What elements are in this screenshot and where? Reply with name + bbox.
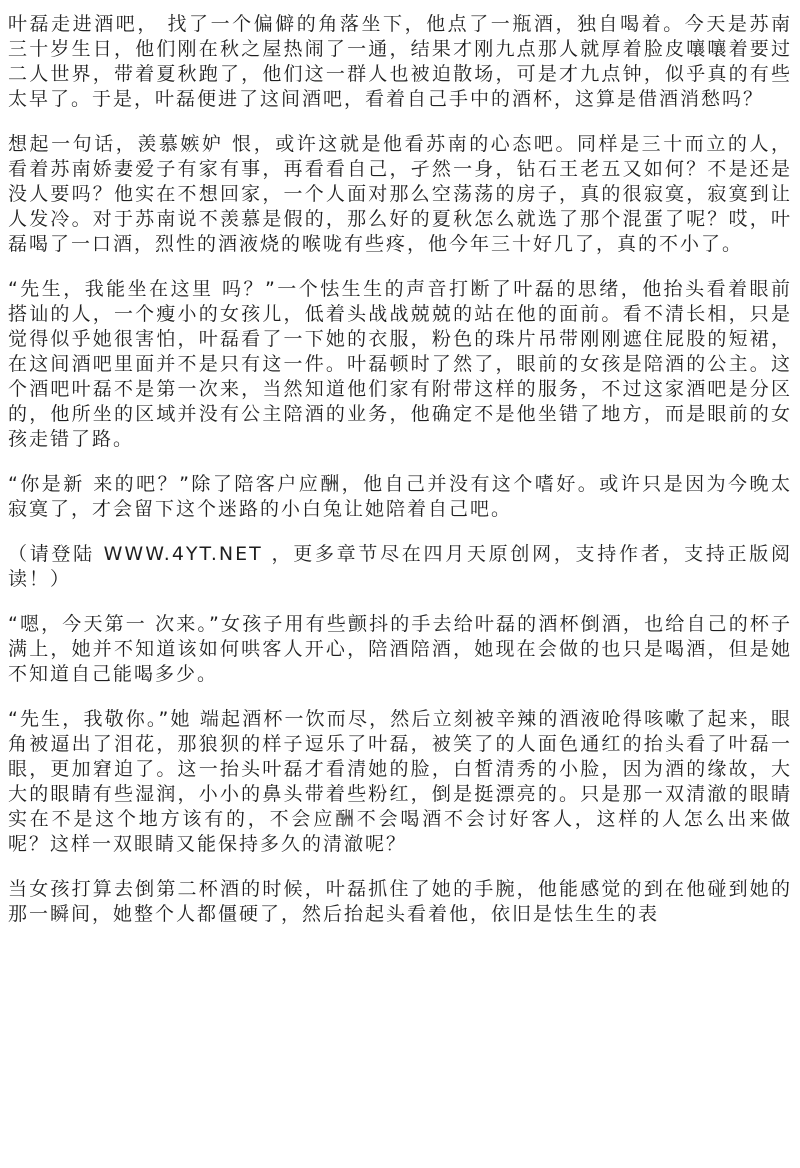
novel-paragraph: （请登陆 WWW.4YT.NET ，更多章节尽在四月天原创网，支持作者，支持正版… [8,542,792,592]
novel-paragraph: 叶磊走进酒吧， 找了一个偏僻的角落坐下，他点了一瓶酒，独自喝着。今天是苏南三十岁… [8,12,792,112]
novel-paragraph: “先生，我敬你。”她 端起酒杯一饮而尽，然后立刻被辛辣的酒液呛得咳嗽了起来，眼角… [8,707,792,857]
novel-paragraph: “先生，我能坐在这里 吗？”一个怯生生的声音打断了叶磊的思绪，他抬头看着眼前搭讪… [8,277,792,452]
novel-page: 叶磊走进酒吧， 找了一个偏僻的角落坐下，他点了一瓶酒，独自喝着。今天是苏南三十岁… [0,0,800,1168]
novel-paragraph: 当女孩打算去倒第二杯酒的时候，叶磊抓住了她的手腕，他能感觉的到在他碰到她的那一瞬… [8,877,792,927]
novel-paragraph: “你是新 来的吧？”除了陪客户应酬，他自己并没有这个嗜好。或许只是因为今晚太寂寞… [8,472,792,522]
novel-paragraph: “嗯，今天第一 次来。”女孩子用有些颤抖的手去给叶磊的酒杯倒酒，也给自己的杯子满… [8,612,792,687]
novel-paragraph: 想起一句话，羡慕嫉妒 恨，或许这就是他看苏南的心态吧。同样是三十而立的人，看着苏… [8,132,792,257]
